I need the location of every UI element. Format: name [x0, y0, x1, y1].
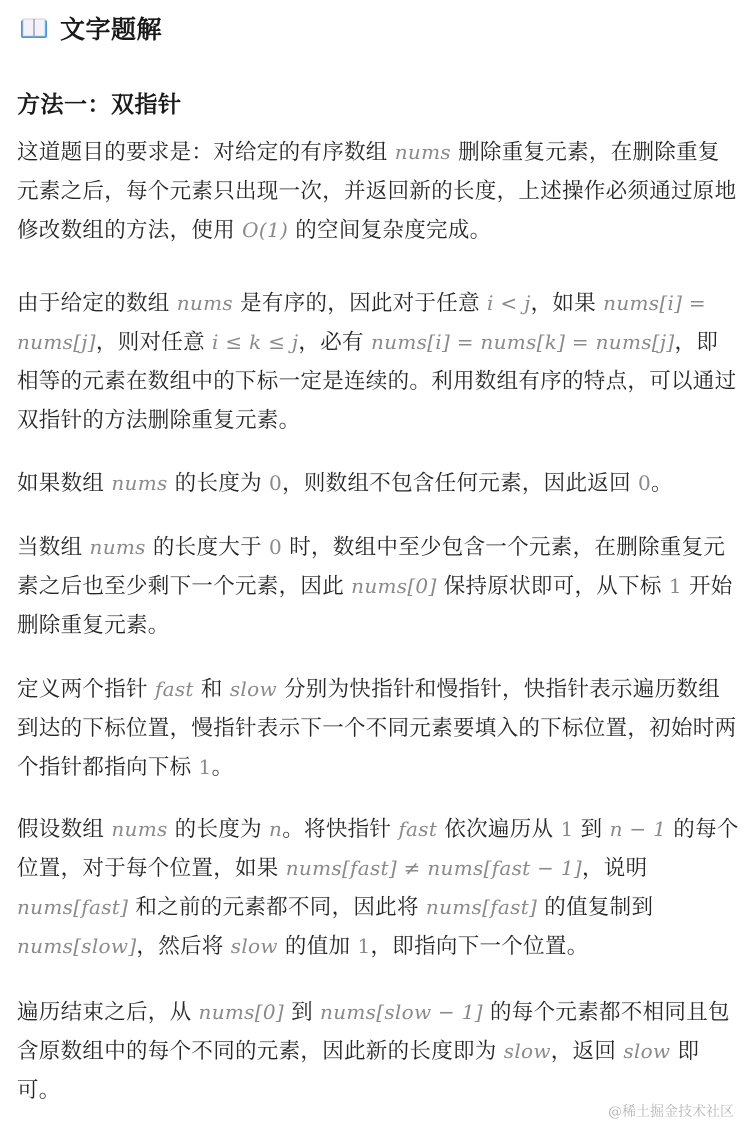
paragraph-6: 假设数组 nums 的长度为 n。将快指针 fast 依次遍历从 1 到 n −…: [17, 810, 739, 966]
text: ，即指向下一个位置。: [371, 934, 589, 959]
text: 的空间复杂度完成。: [288, 218, 491, 243]
paragraph-4: 当数组 nums 的长度大于 0 时，数组中至少包含一个元素，在删除重复元素之后…: [17, 528, 739, 645]
math-nums: nums: [395, 140, 451, 164]
text: 假设数组: [17, 817, 111, 842]
text: ，如果: [531, 291, 604, 316]
text: 的长度大于: [146, 535, 269, 560]
paragraph-7: 遍历结束之后，从 nums[0] 到 nums[slow − 1] 的每个元素都…: [17, 993, 739, 1110]
math: nums[0]: [351, 574, 436, 598]
math: i < j: [487, 291, 531, 315]
math: nums[0]: [199, 1000, 284, 1024]
text: 如果数组: [17, 471, 111, 496]
math: nums: [90, 535, 146, 559]
method-title: 方法一：双指针: [17, 86, 182, 119]
math: n: [269, 817, 282, 841]
math: slow: [231, 934, 278, 958]
math: i ≤ k ≤ j: [212, 330, 298, 354]
paragraph-5: 定义两个指针 fast 和 slow 分别为快指针和慢指针，快指针表示遍历数组到…: [17, 670, 739, 787]
paragraph-2: 由于给定的数组 nums 是有序的，因此对于任意 i < j，如果 nums[i…: [17, 284, 739, 440]
text: 保持原状即可，从下标: [437, 574, 669, 599]
math: fast: [155, 677, 194, 701]
math: 1: [357, 934, 370, 958]
paragraph-1: 这道题目的要求是：对给定的有序数组 nums 删除重复元素，在删除重复元素之后，…: [17, 133, 739, 250]
text: ，然后将: [136, 934, 230, 959]
math: nums[fast] ≠ nums[fast − 1]: [286, 856, 582, 880]
math: 0: [269, 471, 282, 495]
section-heading: 文字题解: [20, 8, 162, 48]
text: 是有序的，因此对于任意: [233, 291, 487, 316]
math: nums: [111, 817, 167, 841]
text: 。将快指针: [282, 817, 398, 842]
text: 到: [284, 1000, 320, 1025]
text: 的值复制到: [537, 895, 653, 920]
text: 和: [194, 677, 230, 702]
text: 由于给定的数组: [17, 291, 177, 316]
math: slow: [623, 1039, 670, 1063]
math: nums: [177, 291, 233, 315]
math: slow: [230, 677, 277, 701]
text: ，说明: [582, 856, 647, 881]
text: 。: [651, 471, 673, 496]
text: ，则对任意: [96, 330, 212, 355]
math: 1: [560, 817, 573, 841]
math: nums[slow − 1]: [320, 1000, 483, 1024]
text: ，必有: [298, 330, 371, 355]
math: nums[fast]: [426, 895, 537, 919]
text: 当数组: [17, 535, 90, 560]
text: 。: [212, 755, 234, 780]
text: 和之前的元素都不同，因此将: [128, 895, 426, 920]
math: 1: [669, 574, 682, 598]
text: 遍历结束之后，从: [17, 1000, 199, 1025]
text: 的长度为: [168, 471, 269, 496]
math: nums[fast]: [17, 895, 128, 919]
text: 依次遍历从: [437, 817, 560, 842]
text: ，返回: [551, 1039, 624, 1064]
math: nums: [111, 471, 167, 495]
text: 的长度为: [168, 817, 269, 842]
open-book-icon: [20, 17, 48, 39]
watermark: @稀土掘金技术社区: [608, 1101, 734, 1121]
math: slow: [504, 1039, 551, 1063]
paragraph-3: 如果数组 nums 的长度为 0，则数组不包含任何元素，因此返回 0。: [17, 464, 739, 503]
text: 的值加: [278, 934, 358, 959]
math: n − 1: [610, 817, 667, 841]
math: 1: [199, 755, 212, 779]
section-title: 文字题解: [60, 10, 162, 46]
math: 0: [269, 535, 282, 559]
math: nums[i] = nums[k] = nums[j]: [371, 330, 675, 354]
math: fast: [398, 817, 437, 841]
text: 这道题目的要求是：对给定的有序数组: [17, 140, 395, 165]
math: nums[slow]: [17, 934, 136, 958]
text: 定义两个指针: [17, 677, 155, 702]
text: ，则数组不包含任何元素，因此返回: [282, 471, 638, 496]
math-o1: O(1): [242, 218, 288, 242]
math: 0: [638, 471, 651, 495]
text: 到: [574, 817, 610, 842]
